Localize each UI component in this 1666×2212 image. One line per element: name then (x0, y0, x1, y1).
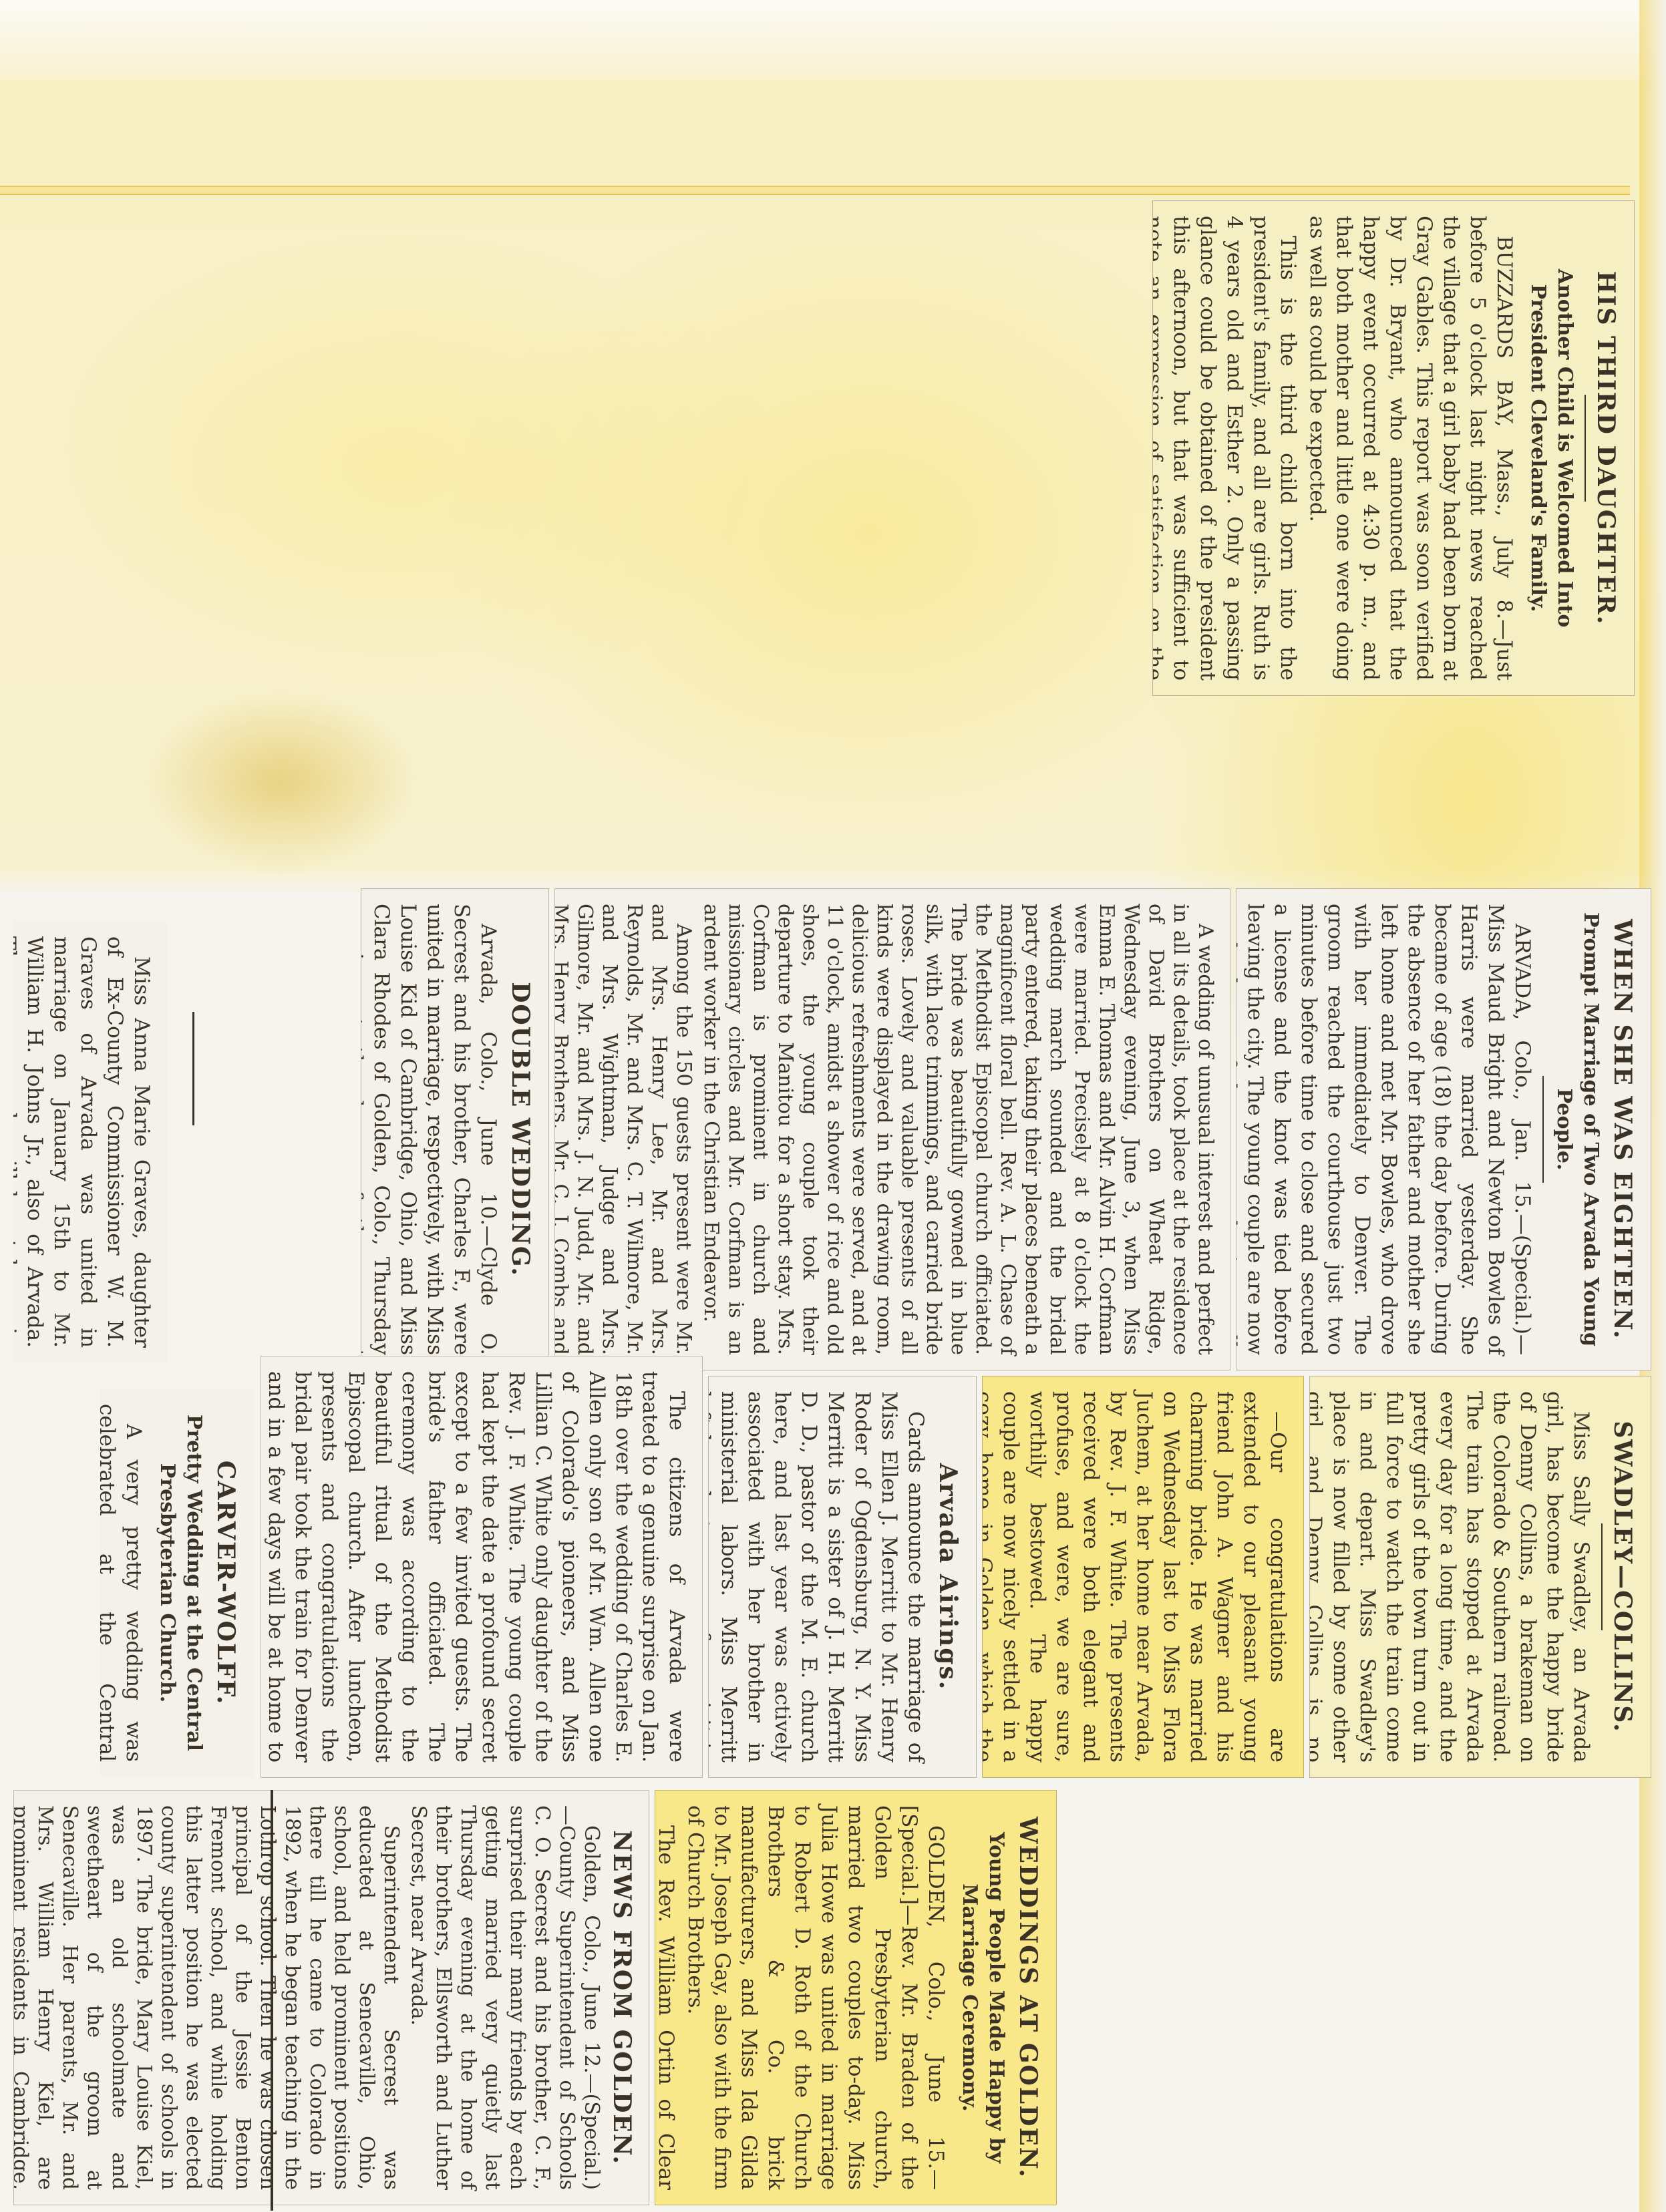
column-divider (192, 1012, 194, 1125)
clipping-carver-wolff: CARVER-WOLFF. Pretty Wedding at the Cent… (100, 1389, 254, 1777)
paragraph: Miss Anna Marie Graves, daughter of Ex-C… (13, 936, 155, 1348)
clipping-allen-white: The citizens of Arvada were treated to a… (261, 1356, 703, 1778)
paragraph: Among the 150 guests present were Mr. an… (554, 904, 696, 1355)
paragraph: ARVADA, Colo., Jan. 15.—(Special.)—Miss … (1236, 904, 1536, 1355)
headline: NEWS FROM GOLDEN. (609, 1805, 634, 2190)
divider (1542, 1076, 1544, 1183)
column-divider (271, 1790, 273, 2211)
subhead: Young People Made Happy by Marriage Cere… (956, 1805, 1009, 2190)
subhead: Pretty Wedding at the Central Presbyteri… (154, 1404, 207, 1762)
headline: CARVER-WOLFF. (212, 1404, 239, 1762)
paragraph: The Rev. William Ortin of Clear Creek to… (655, 1805, 679, 2190)
subhead: Prompt Marriage of Two Arvada Young Peop… (1550, 904, 1604, 1355)
paragraph: Superintendent Secrest was educated at S… (13, 1805, 403, 2190)
paragraph: GOLDEN, Colo., June 15.—[Special.]—Rev. … (682, 1805, 949, 2190)
paragraph: —Our congratulations are extended to our… (982, 1391, 1291, 1763)
paragraph: A wedding of unusual interest and perfec… (699, 904, 1218, 1355)
paragraph: Arvada, Colo., June 10.—Clyde O. Secrest… (361, 904, 502, 1355)
divider (1585, 395, 1586, 502)
paragraph: Cards announce the marriage of Miss Elle… (708, 1391, 929, 1763)
paragraph: BUZZARDS BAY, Mass., July 8.—Just before… (1304, 216, 1518, 681)
paragraph: The citizens of Arvada were treated to a… (261, 1371, 690, 1763)
clipping-corfman-thomas: A wedding of unusual interest and perfec… (554, 888, 1230, 1370)
clipping-news-from-golden: NEWS FROM GOLDEN. Golden, Colo., June 12… (13, 1790, 649, 2205)
fold-line (0, 186, 1630, 195)
headline: WHEN SHE WAS EIGHTEEN. (1609, 904, 1636, 1355)
paragraph: Golden, Colo., June 12.—(Special.)—Count… (406, 1805, 604, 2190)
headline: SWADLEY—COLLINS. (1609, 1391, 1636, 1763)
clipping-third-daughter: HIS THIRD DAUGHTER. Another Child is Wel… (1152, 200, 1635, 696)
clipping-graves-johns: Miss Anna Marie Graves, daughter of Ex-C… (13, 922, 167, 1362)
subhead: Another Child is Welcomed Into President… (1524, 216, 1578, 681)
clipping-double-wedding: DOUBLE WEDDING. Arvada, Colo., June 10.—… (361, 888, 549, 1370)
clipping-arvada-airings: Arvada Airings. Cards announce the marri… (708, 1376, 977, 1778)
clipping-when-she-was-eighteen: WHEN SHE WAS EIGHTEEN. Prompt Marriage o… (1236, 888, 1651, 1370)
paragraph: This is the third child born into the pr… (1152, 216, 1301, 681)
headline: DOUBLE WEDDING. (507, 904, 534, 1355)
paragraph: Miss Sally Swadley, an Arvada girl, has … (1309, 1391, 1595, 1763)
top-margin (0, 0, 1666, 80)
headline: HIS THIRD DAUGHTER. (1593, 216, 1619, 681)
clipping-weddings-at-golden: WEDDINGS AT GOLDEN. Young People Made Ha… (655, 1790, 1057, 2205)
clipping-swadley-collins: SWADLEY—COLLINS. Miss Sally Swadley, an … (1309, 1376, 1651, 1778)
headline: Arvada Airings. (935, 1391, 961, 1763)
headline: WEDDINGS AT GOLDEN. (1015, 1805, 1041, 2190)
paragraph: A very pretty wedding was celebrated at … (100, 1404, 147, 1762)
clipping-wagner-juchem: —Our congratulations are extended to our… (982, 1376, 1304, 1778)
divider (1601, 1523, 1603, 1630)
